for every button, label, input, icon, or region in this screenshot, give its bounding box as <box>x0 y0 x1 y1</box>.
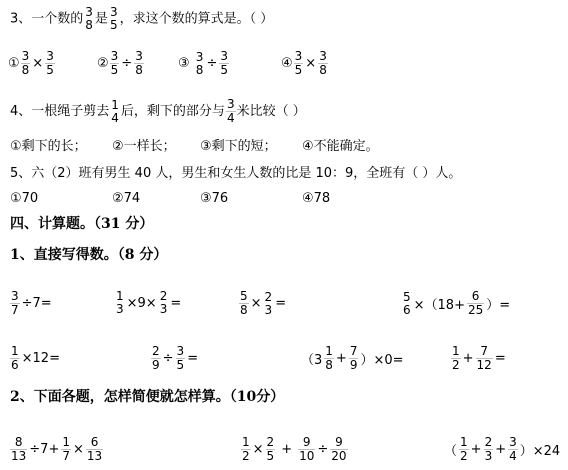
denominator: 9 <box>349 359 359 372</box>
calc-1-4: 56×（18+625）= <box>401 290 511 317</box>
denominator: 7 <box>10 304 20 317</box>
denominator: 2 <box>451 359 461 372</box>
expression-tail: = <box>187 351 198 366</box>
numerator: 7 <box>476 345 493 359</box>
fraction: 13 <box>115 290 125 316</box>
fraction: 79 <box>349 345 359 372</box>
operator: ÷ <box>206 56 217 71</box>
numerator: 3 <box>134 50 144 64</box>
denominator: 6 <box>10 359 20 372</box>
numerator: 8 <box>10 436 27 450</box>
fraction: 58 <box>239 290 249 317</box>
fraction: 12 <box>241 436 251 463</box>
fraction: 56 <box>402 291 412 317</box>
denominator: 4 <box>110 112 120 125</box>
denominator: 8 <box>134 64 144 77</box>
section-4-title: 四、计算题。（31 分） <box>10 216 153 232</box>
numerator: 5 <box>239 290 249 304</box>
denominator: 8 <box>324 359 334 372</box>
fraction: 18 <box>324 345 334 372</box>
denominator: 5 <box>294 64 304 77</box>
numerator: 6 <box>467 290 484 304</box>
option-mark: ③ <box>178 56 190 71</box>
numerator: 3 <box>508 436 518 450</box>
q5-option-1: ①70 <box>10 191 38 207</box>
fraction: 920 <box>330 436 347 463</box>
numerator: 3 <box>21 50 31 64</box>
operator: ÷ <box>121 56 132 71</box>
part-2-title: 2、下面各题，怎样简便就怎样算。（10分） <box>10 389 284 405</box>
denominator: 2 <box>241 450 251 463</box>
numerator: 1 <box>10 345 20 359</box>
numerator: 5 <box>402 291 412 304</box>
numerator: 2 <box>484 436 494 450</box>
denominator: 8 <box>239 304 249 317</box>
denominator: 4 <box>226 112 236 125</box>
numerator: 3 <box>318 50 328 64</box>
expression-tail: = <box>275 296 286 311</box>
fraction: 38 <box>21 50 31 77</box>
denominator: 3 <box>484 450 494 463</box>
numerator: 3 <box>294 50 304 64</box>
operator: ÷ <box>317 442 328 457</box>
denominator: 5 <box>219 64 229 77</box>
fraction: 35 <box>219 50 229 77</box>
q5-option-3: ③76 <box>200 191 228 207</box>
expression-tail: ×12= <box>22 351 60 366</box>
fraction: 38 <box>318 50 328 77</box>
fraction: 35 <box>45 50 55 77</box>
q4-option-2: ②一样长； <box>112 139 176 155</box>
q4-mid: 后，剩下的部分与 <box>121 104 225 119</box>
fraction: 23 <box>264 291 274 317</box>
numerator: 7 <box>349 345 359 359</box>
fraction: 910 <box>298 436 315 463</box>
numerator: 6 <box>86 436 103 450</box>
expression-tail: ）×24 <box>520 440 560 459</box>
option-mark: ② <box>97 56 109 71</box>
denominator: 5 <box>110 64 120 77</box>
numerator: 2 <box>264 291 274 304</box>
fraction: 12 <box>451 345 461 372</box>
operator: + <box>495 442 506 457</box>
q4-prefix: 4、一根绳子剪去 <box>10 104 109 119</box>
calc-2-3: （318+79）×0= <box>300 345 405 372</box>
denominator: 10 <box>298 450 315 463</box>
denominator: 8 <box>84 19 94 32</box>
fraction: 38 <box>195 51 205 77</box>
fraction: 37 <box>10 290 20 317</box>
question-4: 4、一根绳子剪去14后，剩下的部分与34米比较（ ） <box>10 98 306 125</box>
numerator: 3 <box>45 50 55 64</box>
numerator: 3 <box>110 50 120 64</box>
fraction: 23 <box>484 436 494 463</box>
numerator: 1 <box>459 436 469 450</box>
expression-tail: ）= <box>486 294 510 313</box>
fraction: 613 <box>86 436 103 463</box>
denominator: 13 <box>86 450 103 463</box>
q5-option-4: ④78 <box>302 191 330 207</box>
numerator: 1 <box>324 345 334 359</box>
denominator: 25 <box>467 304 484 317</box>
numerator: 1 <box>110 99 120 112</box>
denominator: 13 <box>10 450 27 463</box>
q4-option-1: ①剩下的长； <box>10 139 87 155</box>
fraction: 38 <box>134 50 144 77</box>
fraction: 25 <box>266 436 276 463</box>
q3-option-4: ④35×38 <box>281 50 329 77</box>
operator: ×9× <box>127 296 157 311</box>
denominator: 3 <box>159 303 169 316</box>
simplify-1: 813÷7+17×613 <box>9 436 104 463</box>
fraction: 35 <box>110 50 120 77</box>
fraction: 34 <box>226 98 236 125</box>
operator: + <box>281 442 292 457</box>
operator: × <box>251 296 262 311</box>
denominator: 20 <box>330 450 347 463</box>
q3-option-2: ②35÷38 <box>97 50 145 77</box>
q3-option-1: ①38×35 <box>8 50 56 77</box>
simplify-3: （12+23+34）×24 <box>443 436 561 463</box>
option-mark: ① <box>8 56 20 71</box>
denominator: 2 <box>459 450 469 463</box>
fraction: 712 <box>476 345 493 372</box>
calc-2-4: 12+712 = <box>450 345 507 372</box>
denominator: 8 <box>21 64 31 77</box>
denominator: 5 <box>109 19 119 32</box>
q4-option-4: ④不能确定。 <box>302 139 379 155</box>
calc-1-2: 13×9×23 = <box>114 290 182 316</box>
operator: + <box>336 351 347 366</box>
fraction: 35 <box>294 50 304 77</box>
q3-option-3: ③ 38÷35 <box>178 50 230 77</box>
calc-2-2: 29÷35 = <box>150 345 199 372</box>
denominator: 8 <box>318 64 328 77</box>
numerator: 3 <box>195 51 205 64</box>
numerator: 3 <box>226 98 236 112</box>
denominator: 5 <box>266 450 276 463</box>
denominator: 9 <box>151 359 161 372</box>
denominator: 4 <box>508 450 518 463</box>
operator: ÷ <box>163 351 174 366</box>
expression-head: （3 <box>301 349 322 368</box>
calc-1-1: 37÷7= <box>9 290 53 317</box>
q3-suffix: ，求这个数的算式是。（ ） <box>120 12 274 27</box>
numerator: 9 <box>298 436 315 450</box>
numerator: 3 <box>10 290 20 304</box>
fraction: 29 <box>151 345 161 372</box>
q4-suffix: 米比较（ ） <box>237 104 306 119</box>
denominator: 12 <box>476 359 493 372</box>
denominator: 5 <box>45 64 55 77</box>
expression-head: （ <box>444 440 457 459</box>
calc-2-1: 16×12= <box>9 345 61 372</box>
q3-prefix: 3、一个数的 <box>10 12 83 27</box>
expression-tail: ）×0= <box>360 349 403 368</box>
denominator: 3 <box>115 303 125 316</box>
fraction: 12 <box>459 436 469 463</box>
question-3: 3、一个数的38是35，求这个数的算式是。（ ） <box>10 6 273 32</box>
expression-tail: ÷7= <box>22 296 52 311</box>
denominator: 7 <box>61 450 71 463</box>
denominator: 8 <box>195 64 205 77</box>
operator: + <box>471 442 482 457</box>
fraction: 813 <box>10 436 27 463</box>
numerator: 9 <box>330 436 347 450</box>
fraction: 23 <box>159 290 169 316</box>
q3-mid: 是 <box>95 12 108 27</box>
fraction: 35 <box>176 345 186 372</box>
denominator: 6 <box>402 304 412 317</box>
simplify-2: 12×25+910÷920 <box>240 436 349 463</box>
denominator: 3 <box>264 304 274 317</box>
operator: × <box>32 56 43 71</box>
numerator: 1 <box>241 436 251 450</box>
fraction: 38 <box>84 6 94 32</box>
numerator: 3 <box>219 50 229 64</box>
q4-option-3: ③剩下的短； <box>200 139 277 155</box>
operator: + <box>463 351 474 366</box>
operator: × <box>253 442 264 457</box>
operator: ÷7+ <box>29 442 59 457</box>
numerator: 2 <box>151 345 161 359</box>
fraction: 625 <box>467 290 484 317</box>
part-1-title: 1、直接写得数。（8 分） <box>10 247 167 263</box>
numerator: 1 <box>61 436 71 450</box>
operator: × <box>73 442 84 457</box>
numerator: 3 <box>176 345 186 359</box>
expression-tail: = <box>495 351 506 366</box>
fraction: 16 <box>10 345 20 372</box>
q5-option-2: ②74 <box>112 191 140 207</box>
fraction: 35 <box>109 6 119 32</box>
operator: ×（18+ <box>414 294 465 313</box>
numerator: 1 <box>451 345 461 359</box>
fraction: 34 <box>508 436 518 463</box>
numerator: 2 <box>266 436 276 450</box>
option-mark: ④ <box>281 56 293 71</box>
expression-tail: = <box>170 296 181 311</box>
fraction: 14 <box>110 99 120 125</box>
denominator: 5 <box>176 359 186 372</box>
calc-1-3: 58×23 = <box>238 290 287 317</box>
operator: × <box>305 56 316 71</box>
question-5: 5、六（2）班有男生 40 人，男生和女生人数的比是 10：9，全班有（ ）人。 <box>10 166 461 182</box>
fraction: 17 <box>61 436 71 463</box>
